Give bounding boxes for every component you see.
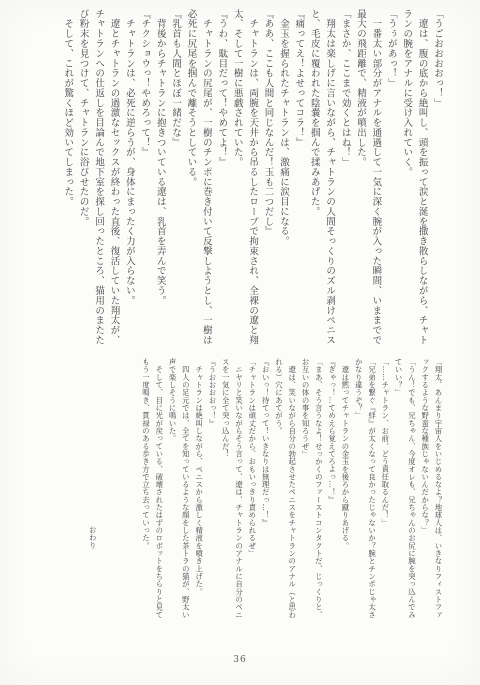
bottom-text-block: 「翔太、あんまり宇宙人をいじめるなよ？地球人は、いきなりフィストファックするよう…: [86, 358, 445, 620]
paragraph: 『おいっ！待てって！いきなりは無理だっ…！』: [259, 358, 272, 620]
paragraph: チャトランは、両腕を天井から吊るしたロープで拘束され、全裸の遼と翔太、そして一樹…: [229, 9, 260, 350]
novel-page: { "page": { "number": "36", "end_marker"…: [0, 0, 480, 685]
paragraph: 背後からチャトランに抱きついている遼は、乳首を弄んで笑う。: [152, 9, 167, 350]
paragraph: そして、目に光が戻っている、破壊されたはずのロボットをちらりと見てもう一度鳴き、…: [139, 358, 166, 620]
paragraph: 「まさか、ここまで効くとはね！」: [337, 9, 352, 350]
paragraph: 四人の足元では、全てを知っているような顔をした茶トラの猫が、野太い声で楽しそうに…: [166, 358, 193, 620]
paragraph: ニヤリと笑いながらそう言って、遼は、チャトランのアナルに自分のペニスを一気に全て…: [219, 358, 246, 620]
paragraph: 「兄弟を繋ぐ『絆』が太くなって良かったじゃないか？腕とチンポじゃ太さかなり違うぞ…: [352, 358, 379, 620]
bottom-text-columns: 「翔太、あんまり宇宙人をいじめるなよ？地球人は、いきなりフィストファックするよう…: [139, 358, 445, 620]
paragraph: 『ぎゃっ！…てめえら覚えてろよっ…！』: [325, 358, 338, 620]
end-marker: おわり: [86, 358, 99, 620]
paragraph: 「……チャトラン、お前、どう責任取るんだ！」: [379, 358, 392, 620]
paragraph: 『乳首も人間とほぼ一緒だな』: [168, 9, 183, 350]
paragraph: チャトランの尻尾が、一樹のチンポに巻き付いて反撃しようとし、一樹は必死に尻尾を掴…: [183, 9, 214, 350]
top-text-block: 「うごおおおおっ！」 遼は、腹の底から絶叫し、頭を振って涙と涎を撒き散らしながら…: [60, 9, 445, 350]
top-text-columns: 「うごおおおおっ！」 遼は、腹の底から絶叫し、頭を振って涙と涎を撒き散らしながら…: [60, 9, 445, 350]
paragraph: チャトランは絶叫しながら、ペニスから激しく精液を噴き上げた。: [192, 358, 205, 620]
paragraph: 翔太は楽しげに言いながら、チャトランの人間そっくりのズル剥けペニスと、毛皮に覆わ…: [306, 9, 337, 350]
paragraph: 「まあ、そう言うなよ！せっかくのファーストコンタクトだ、じっくりと、お互いの体の…: [299, 358, 326, 620]
paragraph: 『痛ってえ！よせってコラ！』: [291, 9, 306, 350]
paragraph: 遼は、笑いながら自分の勃起させたペニスをチャトランのアナル（と思われる）穴にあて…: [272, 358, 299, 620]
paragraph: 遼は黙ってチャトランの金玉を後ろから蹴りあげる。: [339, 358, 352, 620]
paragraph: 『チクショウっ！やめろって！』: [137, 9, 152, 350]
paragraph: 「うぅがあっ！」: [383, 9, 398, 350]
paragraph: 『うわ、駄目だって！やめてよ！』: [214, 9, 229, 350]
paragraph: 『うおおおおっ！』: [206, 358, 219, 620]
paragraph: 「うん！でも、兄ちゃん、今度オレも、兄ちゃんのお尻に腕を突っ込んでみていい？」: [392, 358, 419, 620]
page-number: 36: [0, 655, 480, 665]
paragraph: 「うごおおおおっ！」: [430, 9, 445, 350]
paragraph: 遼は、腹の底から絶叫し、頭を振って涙と涎を撒き散らしながら、チャトランの腕をアナ…: [399, 9, 430, 350]
paragraph: チャトランは、必死に逆らうが、身体にまったく力が入らない。: [121, 9, 136, 350]
paragraph: 「チャトランは頑丈だから、おもいっきり責められるぜ」: [246, 358, 259, 620]
paragraph: 『ああ、ここも人間と同じなんだ！玉も二つだし』: [260, 9, 275, 350]
paragraph: 遼とチャトランの過激なセックスが終わった直後、復活していた翔太が、チャトランへの…: [75, 9, 121, 350]
paragraph: 一番太い部分がアナルを通過して一気に深く腕が入った瞬間、いままでで最大の飛距離で…: [353, 9, 384, 350]
paragraph: そして、これが驚くほど効いてしまった。: [60, 9, 75, 350]
paragraph: 金玉を握られたチャトランは、激痛に涙目になる。: [276, 9, 291, 350]
paragraph: 「翔太、あんまり宇宙人をいじめるなよ？地球人は、いきなりフィストファックするよう…: [418, 358, 445, 620]
